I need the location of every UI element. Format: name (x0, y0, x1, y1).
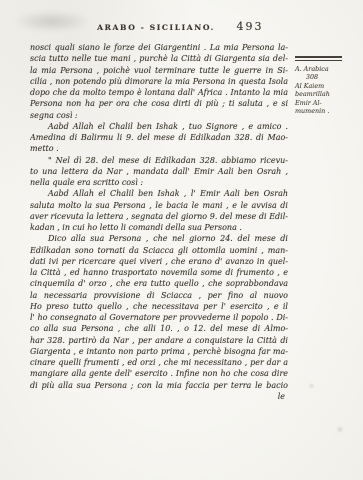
catchword: le (30, 391, 288, 402)
text-line: cilia , non potendo più dimorare la mia … (30, 76, 288, 87)
text-line: saluta molto la sua Persona , le bacia l… (30, 200, 288, 211)
sidenote-line: Emir Al- (295, 99, 347, 107)
text-line: Edilkadan sono tornati da Sciacca gli ot… (30, 245, 288, 256)
text-line: " Nel dì 28. del mese di Edilkadan 328. … (30, 155, 288, 166)
sidenote-rule (295, 56, 342, 61)
text-line: nosci quali siano le forze dei Giargenti… (30, 42, 288, 53)
text-line: scia tutto nelle tue mani , purchè la Ci… (30, 53, 288, 64)
paper-speck-stain (309, 384, 314, 388)
signature-line: Aabd Allah el Chalil ben Ishak , tuo Sig… (30, 121, 288, 132)
text-line: cinquemila d' orzo , che era tutto quell… (30, 278, 288, 289)
dateline: Amedina di Balirmu li 9. del mese di Edi… (30, 132, 288, 143)
text-line: Giargenta , e intanto non parto prima , … (30, 346, 288, 357)
text-line: la necessaria provvisione di Sciacca , p… (30, 290, 288, 301)
text-line: cinare quelli frumenti , ed orzi , che m… (30, 357, 288, 368)
text-line: Aabd Allah el Chalil ben Ishak , l' Emir… (30, 188, 288, 199)
page-number: 493 (228, 20, 272, 33)
dateline: metto . (30, 143, 288, 154)
running-header-title: ARABO - SICILIANO. (85, 23, 227, 32)
sidenote-line: A. Arabica (295, 65, 347, 73)
text-line: dopo che da molto tempo è lontana dall' … (30, 87, 288, 98)
text-line: Dico alla sua Persona , che nel giorno 2… (30, 233, 288, 244)
text-line: to una lettera da Nar , mandata dall' Em… (30, 166, 288, 177)
text-line: aver ricevuta la lettera , segnata del g… (30, 211, 288, 222)
text-line: dati ivi per ricercare quei viveri , che… (30, 256, 288, 267)
text-line: la Città , ed hanno trasportato novemila… (30, 267, 288, 278)
text-line: l' ho consegnato al Governatore per prov… (30, 312, 288, 323)
sidenote-line: beamrillah (295, 90, 347, 98)
sidenote-line: mumenin . (295, 107, 347, 115)
sidenote-line: Al Kaiem (295, 82, 347, 90)
text-line: Ho preso tutto quello , che necessitava … (30, 301, 288, 312)
text-line: Persona non ha per ora che cosa dirti di… (30, 98, 288, 109)
text-line: har 328. partirò da Nar , per andare a c… (30, 335, 288, 346)
text-line: mangiare alla gente dell' esercito . Inf… (30, 368, 288, 379)
marginal-note: A. Arabica 308 Al Kaiem beamrillah Emir … (295, 56, 347, 115)
scan-smudge-stain (14, 11, 90, 32)
sidenote-line: 308 (295, 73, 329, 81)
text-line: segna così : (30, 110, 288, 121)
body-text-block: nosci quali siano le forze dei Giargenti… (30, 42, 288, 402)
text-line: nella quale era scritto così : (30, 177, 288, 188)
text-line: di più alla sua Persona ; con la mia fac… (30, 380, 288, 391)
text-line: kadan , in cui ho letto li comandi della… (30, 222, 288, 233)
paper-speck-stain (337, 427, 343, 432)
text-line: la mia Persona , poichè vuol terminare t… (30, 65, 288, 76)
text-line: co alla sua Persona , che alli 10. , o 1… (30, 323, 288, 334)
scanned-book-page: ARABO - SICILIANO. 493 nosci quali siano… (0, 0, 363, 480)
